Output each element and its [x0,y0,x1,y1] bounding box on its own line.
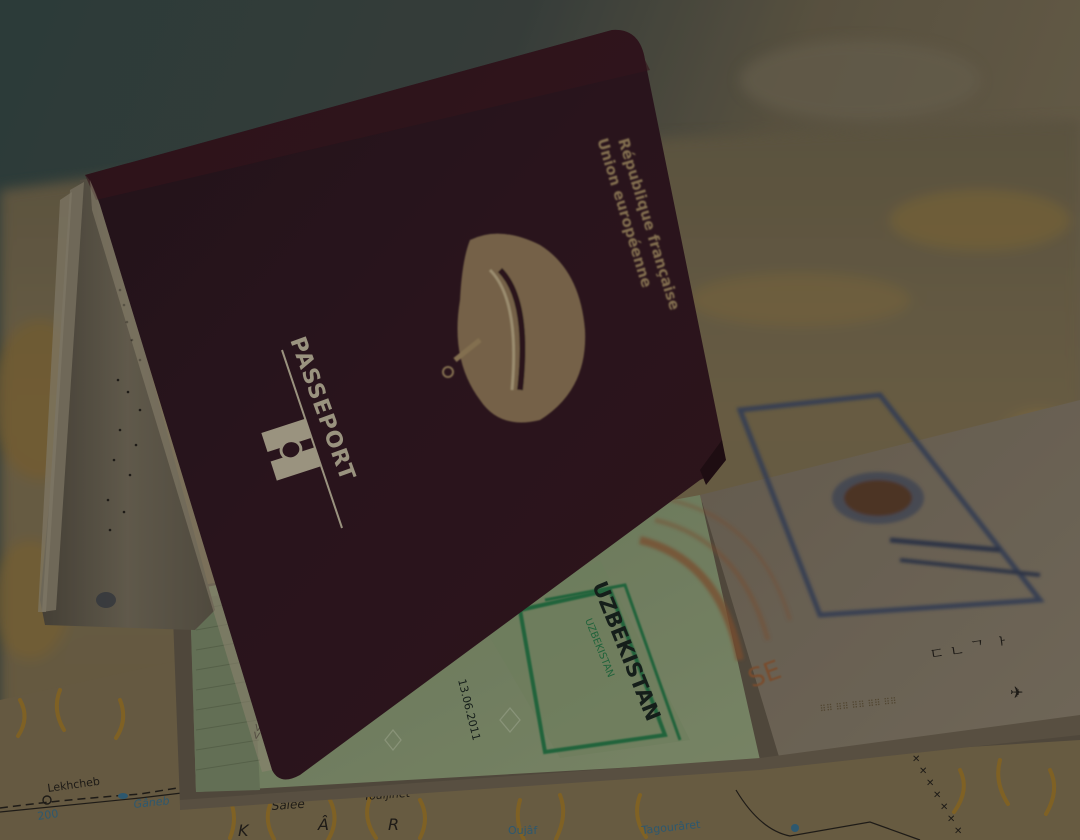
svg-text:✕: ✕ [947,814,955,825]
svg-text:✕: ✕ [940,802,948,813]
svg-text:✕: ✕ [926,778,934,789]
svg-text:✕: ✕ [912,754,920,765]
map-region-letter-3: R [388,815,399,834]
svg-text:✕: ✕ [954,826,962,837]
map-region-letter-1: K [238,821,250,840]
photo-canvas: ✕✕✕ ✕✕✕ ✕✕ Lekhcheb 200 Gâneb Salée Toui… [0,0,1080,840]
svg-text:✈: ✈ [1010,683,1023,702]
passport-photo: ✕✕✕ ✕✕✕ ✕✕ Lekhcheb 200 Gâneb Salée Toui… [0,0,1080,840]
svg-text:✕: ✕ [919,766,927,777]
map-region-letter-2: Â [317,815,329,834]
map-label-town3: Oujâf [508,824,538,837]
svg-text:✕: ✕ [933,790,941,801]
